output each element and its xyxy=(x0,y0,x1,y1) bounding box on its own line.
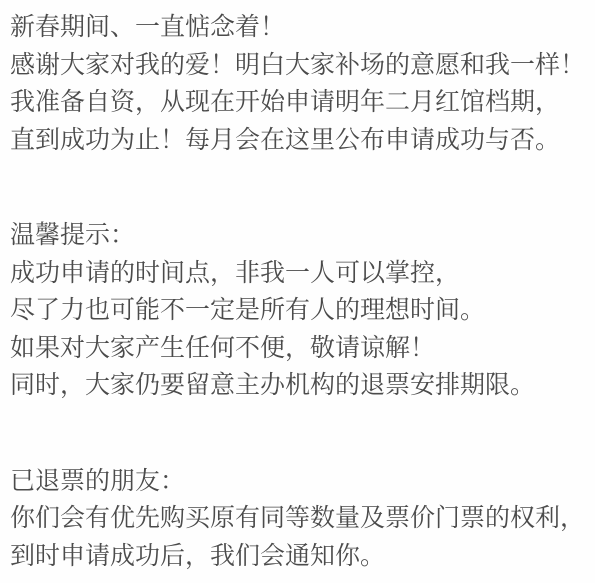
text-line: 你们会有优先购买原有同等数量及票价门票的权利， xyxy=(10,499,587,537)
text-line: 感谢大家对我的爱！明白大家补场的意愿和我一样！ xyxy=(10,46,587,84)
paragraph-opening: 新春期间、一直惦念着！ 感谢大家对我的爱！明白大家补场的意愿和我一样！ 我准备自… xyxy=(10,8,587,158)
text-line: 如果对大家产生任何不便，敬请谅解！ xyxy=(10,329,587,367)
announcement-document: 新春期间、一直惦念着！ 感谢大家对我的爱！明白大家补场的意愿和我一样！ 我准备自… xyxy=(0,0,595,583)
text-line: 直到成功为止！每月会在这里公布申请成功与否。 xyxy=(10,121,587,159)
section-heading: 已退票的朋友： xyxy=(10,462,587,500)
text-line: 新春期间、一直惦念着！ xyxy=(10,8,587,46)
paragraph-refunded-friends: 已退票的朋友： 你们会有优先购买原有同等数量及票价门票的权利， 到时申请成功后，… xyxy=(10,462,587,575)
text-line: 到时申请成功后，我们会通知你。 xyxy=(10,537,587,575)
text-line: 同时，大家仍要留意主办机构的退票安排期限。 xyxy=(10,366,587,404)
text-line: 尽了力也可能不一定是所有人的理想时间。 xyxy=(10,291,587,329)
paragraph-warm-reminder: 温馨提示： 成功申请的时间点，非我一人可以掌控， 尽了力也可能不一定是所有人的理… xyxy=(10,216,587,404)
text-line: 我准备自资，从现在开始申请明年二月红馆档期， xyxy=(10,83,587,121)
text-line: 成功申请的时间点，非我一人可以掌控， xyxy=(10,254,587,292)
section-heading: 温馨提示： xyxy=(10,216,587,254)
